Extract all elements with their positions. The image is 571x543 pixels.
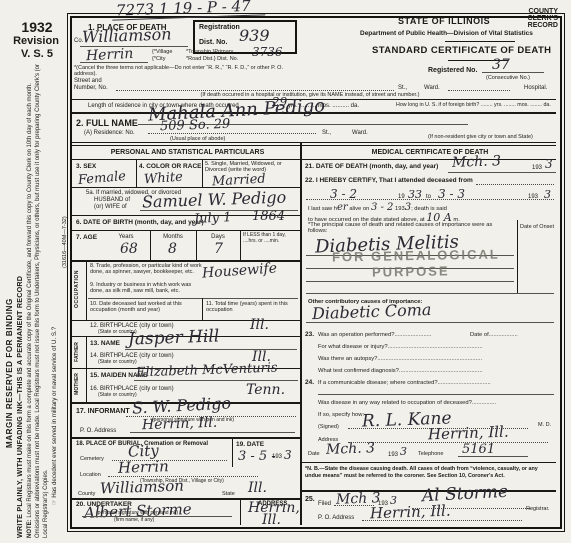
burial-date-label: 19. DATE — [236, 441, 264, 448]
physician-year-printed: 193 — [388, 452, 398, 459]
county-clerks-3: RECORD — [516, 22, 558, 30]
state-title: STATE OF ILLINOIS — [398, 16, 490, 26]
margin-note-label: NOTE: — [27, 519, 33, 538]
father-name-label: 13. NAME — [90, 340, 120, 347]
burial-county-handwritten: Williamson — [100, 479, 184, 497]
age-label: 7. AGE — [76, 234, 97, 241]
department-line: Department of Public Health—Division of … — [360, 30, 533, 37]
father-side-label: FATHER — [75, 338, 81, 366]
location-label: Location — [80, 472, 101, 478]
q24-number: 24. — [305, 379, 314, 386]
margin-note-body: Local Registrars must make on this form … — [27, 64, 49, 538]
birthplace-handwritten: Ill. — [250, 318, 269, 332]
residence-ward-label: Ward. — [352, 130, 368, 137]
husband-label-3: (or) WIFE of — [94, 204, 127, 211]
trade-label: 8. Trade, profession, or particular kind… — [90, 263, 202, 275]
age-days-handwritten: 7 — [214, 242, 223, 256]
husband-label-2: HUSBAND of — [94, 197, 130, 204]
undertaker-firm-note: (firm name, if any) — [114, 518, 154, 524]
father-name-handwritten: Jasper Hill — [128, 328, 220, 348]
cancel-note: *(Cancel the three terms not applicable—… — [74, 65, 294, 77]
street-st-label: St., — [398, 85, 407, 92]
medical-certificate-header: MEDICAL CERTIFICATE OF DEATH — [308, 149, 552, 157]
contributory-handwritten: Diabetic Coma — [312, 302, 432, 322]
operation-date-label: Date of.................. — [470, 332, 518, 338]
cemetery-label: Cemetery — [80, 456, 104, 462]
revision-vs: V. S. 5 — [10, 48, 64, 60]
signed-label: (Signed) — [318, 424, 339, 430]
street-label-2: Number, No. — [74, 85, 108, 92]
margin-binding-text: MARGIN RESERVED FOR BINDING — [6, 190, 15, 448]
revision-year: 1932 — [10, 20, 64, 36]
date-of-onset-label: Date of Onset — [519, 224, 555, 230]
full-name-label: 2. FULL NAME — [76, 118, 138, 128]
township-label: *Township }Primary — [186, 49, 233, 55]
operation-label: Was an operation performed?.............… — [318, 332, 432, 338]
telephone-label: Telephone — [418, 451, 443, 457]
telephone-handwritten: 5161 — [462, 443, 495, 456]
registration-label: Registration — [199, 24, 240, 32]
burial-state-handwritten: Ill. — [248, 481, 267, 495]
dob-label: 6. DATE OF BIRTH (month, day, and year) — [76, 219, 204, 226]
margin-military-question: ☞ Has decedent ever served in military o… — [52, 65, 59, 505]
residence-st-label: St., — [322, 130, 331, 137]
certificate-title: STANDARD CERTIFICATE OF DEATH — [372, 46, 551, 57]
ward-label: Ward. — [424, 85, 440, 92]
burial-year-printed: 193 — [272, 454, 282, 461]
road-dist-label: *Road Dist.} Dist. No. — [186, 56, 238, 62]
residence-handwritten: 509 So. 29 — [160, 118, 231, 133]
race-label: 4. COLOR OR RACE — [139, 163, 201, 170]
physician-year-handwritten: 3 — [400, 446, 407, 457]
informant-po-handwritten: Herrin, Ill. — [142, 416, 218, 433]
age-less-label: If LESS than 1 day, ....hrs. or ....min. — [243, 233, 298, 244]
physician-date-label: Date — [308, 451, 320, 457]
md-label: M. D. — [538, 422, 551, 428]
father-birthplace-sub: (State or country) — [98, 360, 137, 366]
burial-state-label: State — [222, 491, 235, 497]
filed-label: Filed — [318, 501, 331, 508]
q23-number: 23. — [305, 331, 314, 338]
physician-date-handwritten: Mch. 3 — [326, 441, 375, 457]
test-confirmed-label: What test confirmed diagnosis?..........… — [318, 368, 483, 374]
race-handwritten: White — [144, 171, 184, 187]
q25-number: 25. — [305, 496, 315, 504]
revision-word: Revision — [6, 35, 66, 47]
nonresident-note: (If non-resident give city or town and S… — [428, 134, 533, 140]
genealogical-stamp-line2: PURPOSE — [372, 263, 450, 279]
occupation-side-label: OCCUPATION — [75, 262, 81, 316]
city-label: {*City — [152, 56, 165, 62]
communicable-label: If a communicable disease; where contrac… — [318, 380, 491, 386]
personal-particulars-header: PERSONAL AND STATISTICAL PARTICULARS — [80, 149, 295, 157]
registrar-label: Registrar. — [526, 506, 550, 512]
residence-label: (A) Residence: No. — [84, 130, 135, 137]
sex-handwritten: Female — [78, 170, 127, 187]
dob-handwritten: July 1 — [194, 211, 232, 226]
age-years-label: Years — [104, 234, 148, 241]
township-dist-no-handwritten: 3736 — [252, 46, 283, 58]
disease-injury-label: For what disease or injury?.............… — [318, 344, 483, 350]
last-worked-label: 10. Date deceased last worked at this oc… — [90, 301, 198, 313]
burial-county-label: County — [78, 491, 95, 497]
genealogical-stamp-line1: FOR GENEALOGICAL — [332, 247, 500, 265]
undertaker-address-line2: Ill. — [262, 513, 281, 527]
sex-label: 3. SEX — [76, 163, 96, 170]
total-time-label: 11. Total time (years) spent in this occ… — [206, 301, 296, 313]
informant-po-label: P. O. Address — [80, 428, 116, 435]
occupation-related-label: Was disease in any way related to occupa… — [318, 400, 496, 406]
age-days-label: Days — [198, 234, 238, 241]
informant-label: 17. INFORMANT — [76, 408, 130, 416]
autopsy-label: Was there an autopsy?...................… — [318, 356, 482, 362]
registrar-po-label: P. O. Address — [318, 515, 354, 522]
county-handwritten: Williamson — [82, 26, 172, 45]
location-handwritten: Herrin — [118, 459, 169, 476]
dob-year-handwritten: 1864 — [252, 210, 285, 223]
date-of-death-handwritten: Mch. 3 — [452, 154, 501, 170]
mother-birthplace-handwritten: Tenn. — [246, 383, 285, 397]
mother-side-label: MOTHER — [75, 368, 81, 400]
nb-note: *N. B.—State the disease causing death. … — [305, 466, 555, 480]
registration-district-handwritten: 939 — [239, 28, 270, 44]
margin-note: NOTE: Local Registrars must make on this… — [27, 60, 51, 538]
printer-code: (31616—40M—7-32) — [62, 183, 68, 268]
foreign-birth-line: How long in U. S. if of foreign birth? .… — [396, 103, 551, 109]
registered-no-label: Registered No. — [428, 67, 477, 75]
certify-label: 22. I HEREBY CERTIFY, That I attended de… — [305, 177, 473, 184]
dist-no-label: Dist. No. — [199, 39, 227, 47]
registrar-po-handwritten: Herrin, Ill. — [370, 504, 451, 522]
date-of-death-year-handwritten: 3 — [545, 158, 553, 170]
hospital-label: Hospital. — [524, 85, 547, 92]
registered-no-handwritten: 37 — [492, 58, 510, 72]
death-certificate-scan: 1932 Revision V. S. 5 MARGIN RESERVED FO… — [0, 0, 571, 543]
industry-label: 9. Industry or business in which work wa… — [90, 282, 202, 294]
burial-date-handwritten: 3 - 5 - — [238, 450, 276, 463]
margin-permanent-record-text: WRITE PLAINLY, WITH UNFADING INK—THIS IS… — [16, 60, 24, 538]
city-handwritten: Herrin — [86, 47, 134, 63]
physician-address-handwritten: Herrin, Ill. — [428, 425, 509, 443]
age-years-handwritten: 68 — [120, 242, 138, 256]
date-of-death-year-printed: 193 — [532, 165, 542, 172]
village-label: {*Village — [152, 49, 172, 55]
consecutive-no-label: (Consecutive No.) — [486, 75, 530, 81]
burial-year-handwritten: 3 — [284, 449, 292, 461]
date-of-death-label: 21. DATE OF DEATH (month, day, and year) — [305, 163, 438, 170]
age-months-handwritten: 8 — [168, 242, 177, 256]
street-label-1: Street and — [74, 78, 102, 85]
age-months-label: Months — [152, 234, 194, 241]
